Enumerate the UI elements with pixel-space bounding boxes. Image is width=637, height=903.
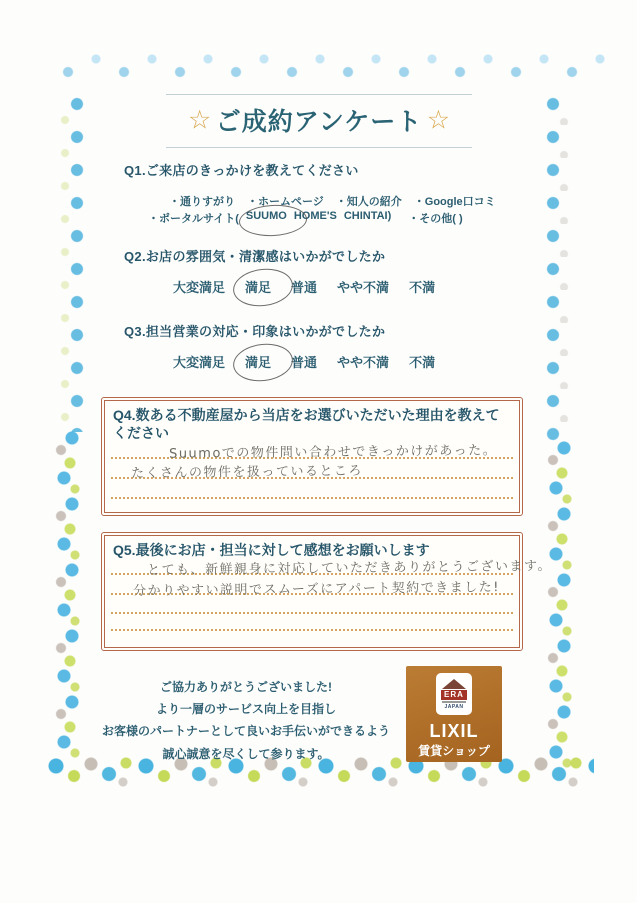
answer-dotted-line [111, 497, 513, 499]
q5-answer-box: Q5.最後にお店・担当に対して感想をお願いします とても、新鮮親身に対応していた… [101, 532, 523, 651]
era-logo-text: ERA [441, 690, 467, 700]
lixil-shop-logo: ERA JAPAN LIXIL 賃貸ショップ [406, 666, 502, 762]
q2-options-row: 大変満足 満足 普通 やや不満 不満 [173, 277, 435, 296]
q2-heading: Q2.お店の雰囲気・清潔感はいかがでしたか [124, 246, 385, 265]
q3-option-normal: 普通 [291, 352, 317, 371]
page-title-text: ご成約アンケート [216, 108, 423, 136]
lixil-brand-text: LIXIL [430, 721, 479, 742]
dot-border-left-lower [48, 430, 90, 758]
q3-option-dissatisfied: 不満 [409, 352, 435, 371]
survey-scan-page: ☆ ご成約アンケート ☆ Q1.ご来店のきっかけを教えてください ・通りすがり … [0, 0, 637, 903]
star-icon: ☆ [427, 105, 450, 135]
era-house-icon [442, 679, 466, 689]
q1-option-chintai: CHINTAI) [344, 210, 391, 226]
q1-option-referral: ・知人の紹介 [336, 193, 402, 209]
q3-option-very-satisfied: 大変満足 [173, 352, 225, 371]
q4-heading: Q4.数ある不動産屋から当店をお選びいただいた理由を教えてください [113, 406, 511, 442]
footer-line-4: 誠心誠意を尽くして参ります。 [86, 743, 406, 765]
q2-option-normal: 普通 [291, 277, 317, 296]
q3-heading: Q3.担当営業の対応・印象はいかがでしたか [124, 321, 385, 340]
dot-border-left-upper [56, 92, 94, 432]
q4-handwritten-answer-1: Suumoでの物件問い合わせできっかけがあった。 [169, 439, 497, 461]
era-japan-text: JAPAN [444, 704, 463, 710]
q3-option-somewhat-dissatisfied: やや不満 [337, 352, 389, 371]
q1-option-google-review: ・Google口コミ [414, 193, 496, 209]
star-icon: ☆ [188, 105, 211, 135]
footer-message: ご協力ありがとうございました! より一層のサービス向上を目指し お客様のパートナ… [86, 676, 406, 765]
lixil-shop-text: 賃貸ショップ [418, 742, 490, 759]
q2-option-dissatisfied: 不満 [409, 277, 435, 296]
footer-line-1: ご協力ありがとうございました! [86, 676, 406, 698]
q2-option-somewhat-dissatisfied: やや不満 [337, 277, 389, 296]
q2-option-very-satisfied: 大変満足 [173, 277, 225, 296]
q2-option-satisfied: 満足 [245, 277, 271, 296]
q1-option-passing-by: ・通りすがり [169, 193, 235, 209]
q1-option-other: ・その他( ) [408, 210, 462, 226]
q1-option-suumo: SUUMO [246, 210, 287, 226]
answer-dotted-line [111, 612, 513, 614]
q3-option-satisfied: 満足 [245, 352, 271, 371]
handwritten-circle-q2 [231, 265, 295, 309]
q5-handwritten-answer-2: 分かりやすい説明でスムーズにアパート契約できました! [133, 576, 500, 599]
q3-options-row: 大変満足 満足 普通 やや不満 不満 [173, 352, 435, 371]
q4-answer-box: Q4.数ある不動産屋から当店をお選びいただいた理由を教えてください Suumoで… [101, 397, 523, 516]
q1-options-row2: ・ポータルサイト( SUUMO HOME'S CHINTAI) ・その他( ) [148, 210, 463, 226]
era-logo-line [442, 701, 466, 703]
page-title: ☆ ご成約アンケート ☆ [166, 94, 472, 148]
dot-border-top [58, 46, 606, 88]
q4-handwritten-answer-2: たくさんの物件を扱っているところ [131, 460, 363, 481]
dot-border-right-lower [540, 440, 582, 768]
era-badge: ERA JAPAN [436, 673, 472, 715]
q1-heading: Q1.ご来店のきっかけを教えてください [124, 160, 359, 179]
q1-option-portal-prefix: ・ポータルサイト( [148, 210, 239, 226]
dot-border-right-upper [536, 92, 574, 442]
q1-options-row1: ・通りすがり ・ホームページ ・知人の紹介 ・Google口コミ [169, 193, 496, 209]
footer-line-2: より一層のサービス向上を目指し [86, 698, 406, 720]
handwritten-circle-q3 [231, 340, 295, 384]
answer-dotted-line [111, 629, 513, 631]
footer-line-3: お客様のパートナーとして良いお手伝いができるよう [86, 720, 406, 742]
